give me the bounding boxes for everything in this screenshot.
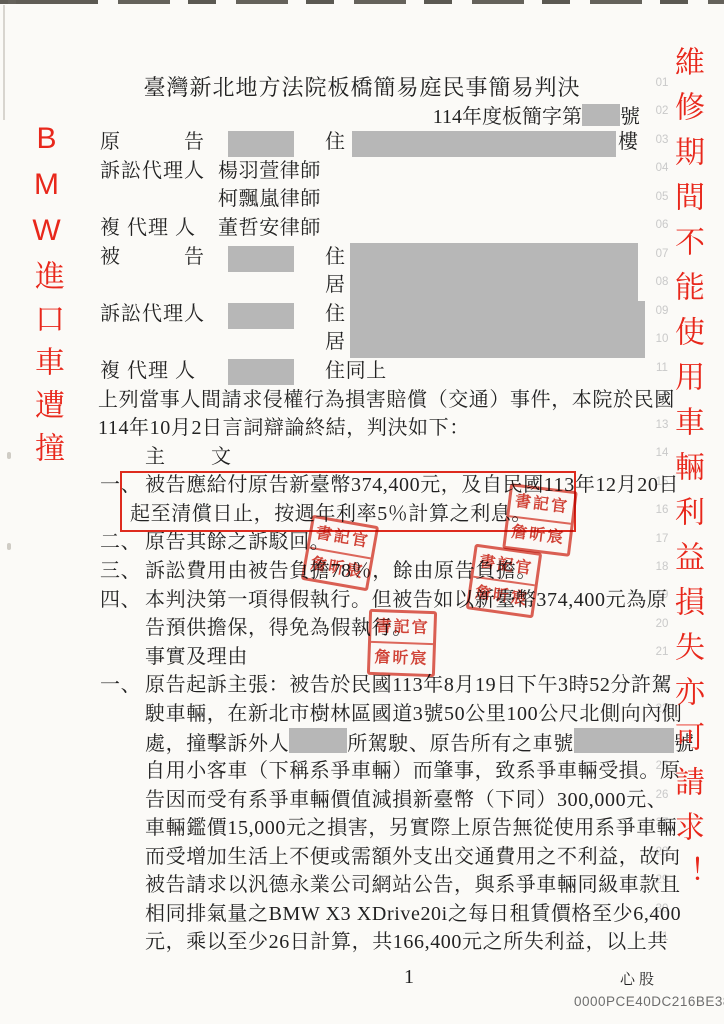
defendant-counsel-residence: 居	[325, 328, 346, 356]
margin-note-left: BMW進口車遭撞	[31, 122, 61, 475]
court-judgment-page: BMW進口車遭撞 維修期間不能使用車輛利益損失亦可請求！ 01020304050…	[0, 0, 724, 1024]
counsel-name: 楊羽萱律師	[218, 160, 321, 182]
seal-name: 詹昕宸	[370, 641, 433, 674]
facts-line-8: 被告請求以汎德永業公司網站公告，與系爭車輛同級車款且	[145, 871, 681, 899]
address-prefix: 居	[325, 331, 346, 353]
case-number-redaction	[582, 104, 620, 126]
seal-name: 詹昕宸	[506, 515, 571, 553]
plaintiff-address: 住	[325, 128, 346, 156]
facts-line-9: 相同排氣量之BMW X3 XDrive20i之每日租賃價格至少6,400	[145, 900, 681, 928]
clerk-seal-stamp: 書記官 詹昕宸	[301, 515, 379, 592]
clerk-seal-stamp: 書記官 詹昕宸	[466, 544, 543, 619]
item-number: 三、	[100, 557, 145, 585]
division-code: 心股	[620, 968, 658, 989]
item-number: 二、	[100, 528, 145, 556]
facts-line-4: 自用小客車（下稱系爭車輛）而肇事，致系爭車輛受損。原	[145, 757, 681, 785]
scan-speck	[7, 543, 11, 550]
item-text: 原告起訴主張：被告於民國113年8月19日下午3時52分許駕	[145, 674, 672, 696]
address-prefix: 居	[325, 274, 346, 296]
item-text: 原告其餘之訴駁回。	[145, 531, 330, 553]
counsel-name-2: 柯飄嵐律師	[218, 185, 321, 213]
facts-line-7: 而受增加生活上不便或需額外支出交通費用之不利益，故向	[145, 843, 681, 871]
counsel-name: 董哲安律師	[218, 217, 321, 239]
facts-line-5: 告因而受有系爭車輛價值減損新臺幣（下同）300,000元、	[145, 786, 667, 814]
plate-number-redaction	[574, 728, 674, 753]
judgment-title: 臺灣新北地方法院板橋簡易庭民事簡易判決	[100, 71, 624, 102]
margin-note-right: 維修期間不能使用車輛利益損失亦可請求！	[671, 46, 701, 901]
defendant-counsel-address: 住	[325, 300, 346, 328]
item-number: 一、	[100, 671, 145, 699]
main-item-2: 二、原告其餘之訴駁回。	[100, 528, 330, 556]
address-prefix: 住	[325, 246, 346, 268]
party-plaintiff-row: 原 告	[100, 128, 218, 156]
party-substitute-counsel-row-2: 複 代理 人	[100, 357, 218, 385]
document-barcode-id: 0000PCE40DC216BE3879	[574, 994, 724, 1009]
defendant-name-redaction	[228, 246, 294, 272]
preamble-line-2: 114年10月2日言詞辯論終結，判決如下：	[98, 414, 470, 442]
defendant-counsel-name-redaction	[228, 303, 294, 329]
facts-line-2: 駛車輛，在新北市樹林區國道3號50公里100公尺北側向內側	[145, 700, 682, 728]
defendant-residence: 居	[325, 271, 346, 299]
party-substitute-counsel-row: 複 代理 人董哲安律師	[100, 214, 321, 242]
clerk-seal-stamp: 書記官 詹昕宸	[367, 609, 437, 677]
party-label: 複 代理 人	[100, 357, 218, 385]
scanner-edge-artifact	[0, 0, 724, 4]
address-prefix: 住	[325, 131, 346, 153]
plaintiff-address-redaction	[352, 131, 616, 157]
party-label: 被 告	[100, 243, 218, 271]
item-text: 處，撞擊訴外人	[145, 733, 289, 755]
plaintiff-address-suffix: 樓	[618, 128, 639, 156]
third-party-name-redaction	[289, 728, 347, 753]
preamble-line-1: 上列當事人間請求侵權行為損害賠償（交通）事件，本院於民國	[98, 386, 675, 414]
case-number-suffix: 號	[620, 106, 640, 128]
defendant-address-redaction	[350, 243, 638, 301]
address-prefix: 住	[325, 303, 346, 325]
party-label: 原 告	[100, 128, 218, 156]
case-number-line: 114年度板簡字第號	[100, 100, 640, 129]
case-number-prefix: 114年度板簡字第	[433, 106, 582, 128]
party-defendant-row: 被 告	[100, 243, 218, 271]
party-label: 訴訟代理人	[100, 300, 218, 328]
party-defendant-counsel-row: 訴訟代理人	[100, 300, 218, 328]
substitute-counsel-name-redaction	[228, 359, 294, 385]
facts-line-10: 元，乘以至少26日計算，共166,400元之所失利益，以上共	[145, 928, 668, 956]
seal-title: 書記官	[371, 612, 434, 643]
item-text: 本判決第一項得假執行。但被告如以新臺幣374,400元為原	[145, 589, 667, 611]
facts-line-6: 車輛鑑價15,000元之損害，另實際上原告無從使用系爭車輛	[145, 814, 677, 842]
facts-line-3: 處，撞擊訴外人所駕駛、原告所有之車號號	[145, 728, 694, 758]
clerk-seal-stamp: 書記官 詹昕宸	[502, 483, 578, 557]
party-label: 複 代理 人	[100, 214, 218, 242]
substitute-counsel-address: 住同上	[325, 357, 387, 385]
scan-edge-line	[3, 5, 5, 120]
defendant-address: 住	[325, 243, 346, 271]
item-number: 四、	[100, 586, 145, 614]
main-text-heading: 主 文	[145, 443, 233, 471]
item-text: 所駕駛、原告所有之車號	[347, 733, 574, 755]
facts-heading: 事實及理由	[145, 643, 248, 671]
defendant-counsel-address-redaction	[350, 301, 645, 358]
scan-speck	[7, 452, 11, 459]
plaintiff-name-redaction	[228, 131, 294, 157]
party-label: 訴訟代理人	[100, 157, 218, 185]
page-number: 1	[404, 966, 414, 989]
party-counsel-row: 訴訟代理人楊羽萱律師	[100, 157, 321, 185]
